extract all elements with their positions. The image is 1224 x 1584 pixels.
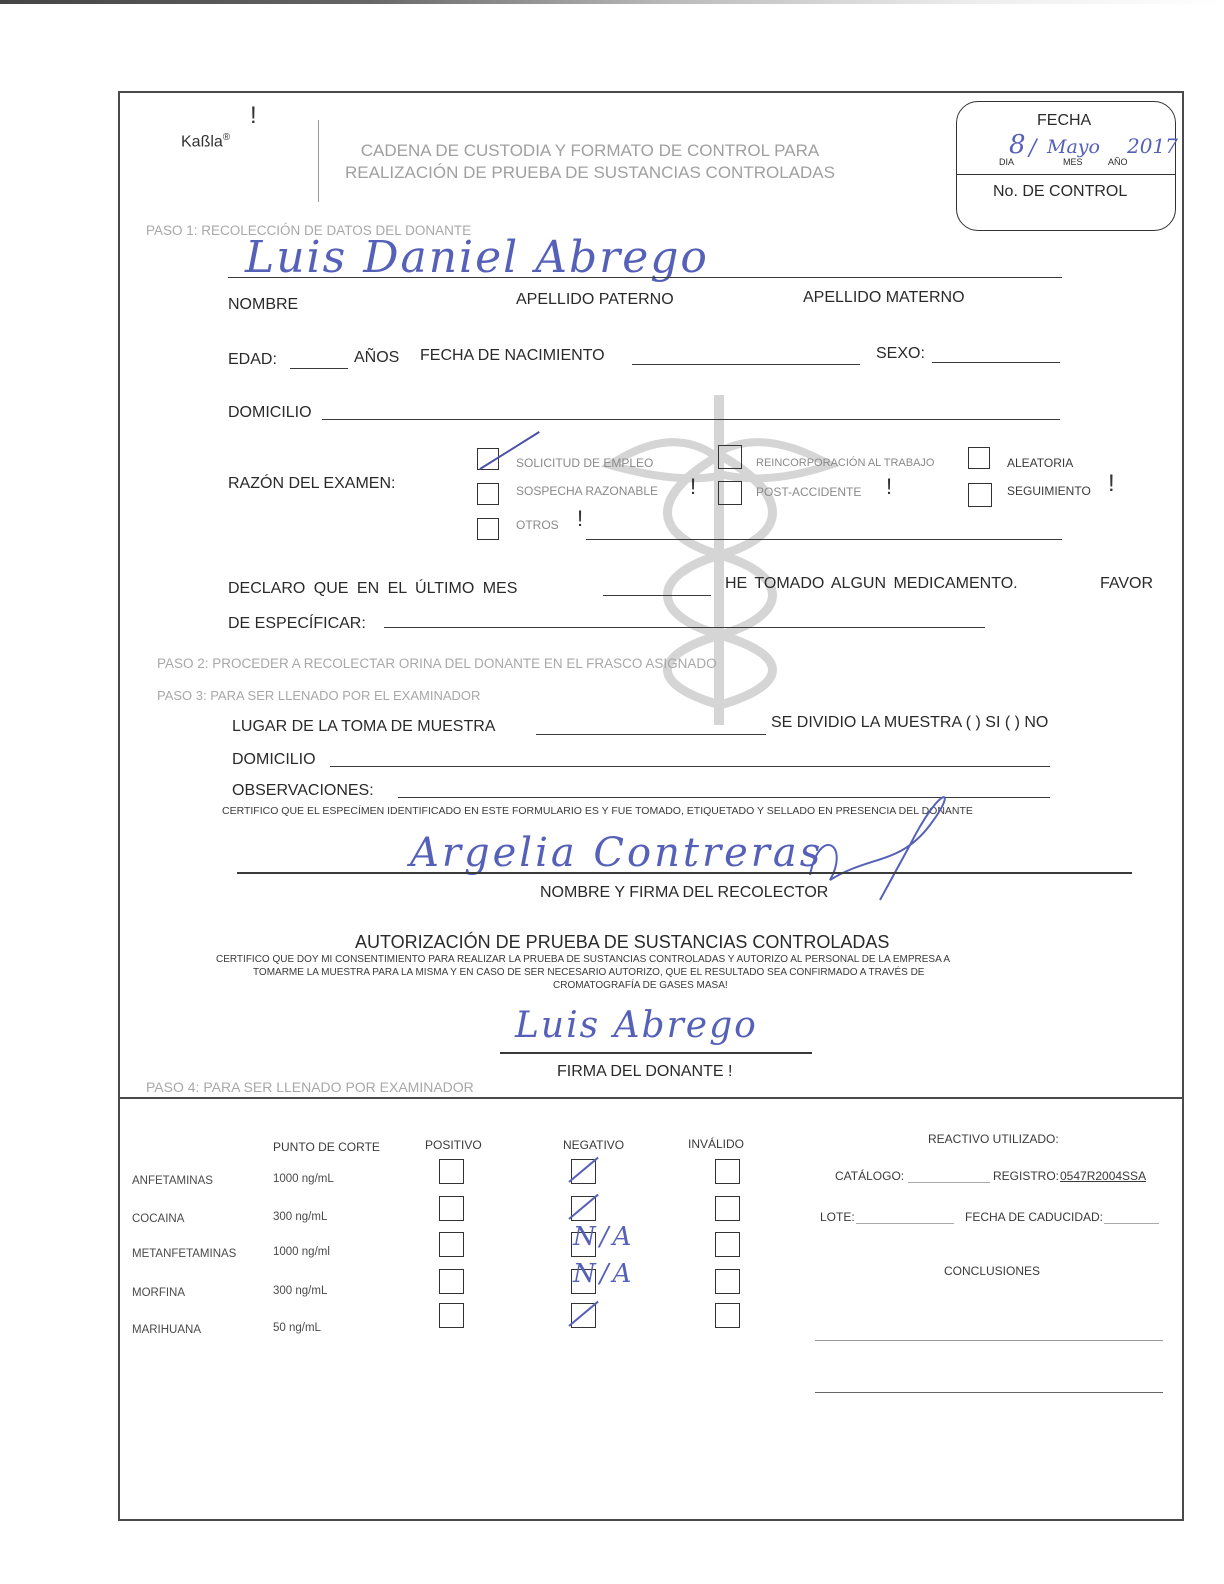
specify-field[interactable] (384, 627, 985, 628)
handwritten-note: N/A (573, 1222, 635, 1252)
years-label: AÑOS (354, 349, 399, 367)
address-field[interactable] (322, 419, 1060, 420)
registry-value: 0547R2004SSA (1060, 1169, 1146, 1183)
reason-label-other: OTROS (516, 518, 559, 532)
cutoff-value: 1000 ng/ml (273, 1246, 330, 1258)
sample-split-label[interactable]: SE DIVIDIO LA MUESTRA ( ) SI ( ) NO (771, 714, 1048, 732)
sample-place-label: LUGAR DE LA TOMA DE MUESTRA (232, 718, 495, 736)
reason-label-reasonable-suspicion: SOSPECHA RAZONABLE (516, 484, 658, 498)
alert-mark: ! (577, 506, 583, 532)
substance-name: MORFINA (132, 1287, 185, 1299)
result-checkbox-invalid[interactable] (715, 1303, 740, 1328)
control-number-label: No. DE CONTROL (993, 183, 1127, 201)
step3-title: PASO 3: PARA SER LLENADO POR EL EXAMINAD… (157, 688, 480, 703)
reason-checkbox-other[interactable] (477, 518, 499, 540)
alert-mark: ! (1108, 470, 1115, 498)
collector-signature-line (237, 872, 1132, 874)
conclusions-line-2[interactable] (815, 1392, 1163, 1393)
column-header-positive: POSITIVO (425, 1138, 482, 1152)
result-checkbox-positive[interactable] (439, 1303, 464, 1328)
expiry-label: FECHA DE CADUCIDAD: (965, 1210, 1103, 1224)
declaration-blank-field[interactable] (603, 595, 711, 596)
month-label: MES (1063, 157, 1083, 167)
reason-label-random: ALEATORIA (1007, 456, 1073, 470)
birthdate-field[interactable] (632, 364, 860, 365)
expiry-field[interactable] (1104, 1223, 1159, 1224)
registry-label: REGISTRO: (993, 1169, 1059, 1183)
donor-signature-line (500, 1052, 812, 1054)
result-checkbox-positive[interactable] (439, 1196, 464, 1221)
donor-signature-label: FIRMA DEL DONANTE ! (557, 1063, 732, 1081)
form-title: CADENA DE CUSTODIA Y FORMATO DE CONTROL … (345, 140, 835, 184)
reason-checkbox-random[interactable] (968, 447, 990, 469)
step2-title: PASO 2: PROCEDER A RECOLECTAR ORINA DEL … (157, 656, 717, 671)
substance-name: MARIHUANA (132, 1324, 201, 1336)
result-checkbox-invalid[interactable] (715, 1159, 740, 1184)
donor-signature[interactable]: Luis Abrego (515, 1005, 758, 1046)
alert-mark: ! (886, 474, 892, 500)
scan-top-edge (0, 0, 1224, 4)
substance-name: ANFETAMINAS (132, 1175, 213, 1187)
cutoff-value: 50 ng/mL (273, 1322, 321, 1334)
handwritten-note: N/A (573, 1259, 635, 1289)
catalog-label: CATÁLOGO: (835, 1169, 904, 1183)
observations-label: OBSERVACIONES: (232, 782, 374, 800)
result-checkbox-positive[interactable] (439, 1232, 464, 1257)
lot-label: LOTE: (820, 1210, 855, 1224)
date-day-value[interactable]: 8 (1009, 130, 1026, 160)
section-divider (118, 1097, 1184, 1099)
declaration-medication-text: HE TOMADO ALGUN MEDICAMENTO. (725, 575, 1018, 593)
other-reason-field[interactable] (586, 539, 1062, 540)
collector-label: NOMBRE Y FIRMA DEL RECOLECTOR (540, 884, 828, 902)
catalog-field[interactable] (908, 1182, 990, 1183)
year-label: AÑO (1108, 157, 1128, 167)
reason-checkbox-follow-up[interactable] (968, 483, 992, 507)
reason-checkbox-reasonable-suspicion[interactable] (477, 483, 499, 505)
step3-address-field[interactable] (330, 766, 1050, 767)
maternal-surname-label: APELLIDO MATERNO (803, 289, 965, 307)
reagent-title: REACTIVO UTILIZADO: (928, 1132, 1059, 1146)
column-header-negative: NEGATIVO (563, 1138, 624, 1152)
conclusions-line-1[interactable] (815, 1340, 1163, 1341)
age-label: EDAD: (228, 351, 277, 369)
column-header-invalid: INVÁLIDO (688, 1137, 744, 1151)
conclusions-label: CONCLUSIONES (944, 1264, 1040, 1278)
cutoff-value: 300 ng/mL (273, 1211, 327, 1223)
date-label: FECHA (1037, 112, 1091, 130)
brand-logo: Kaßla® (181, 132, 230, 151)
alert-mark: ! (690, 474, 696, 500)
cutoff-value: 300 ng/mL (273, 1285, 327, 1297)
column-header-cutoff: PUNTO DE CORTE (273, 1140, 380, 1154)
authorization-text-line2: TOMARME LA MUESTRA PARA LA MISMA Y EN CA… (253, 967, 924, 978)
name-label: NOMBRE (228, 296, 298, 314)
date-year-value[interactable]: 2017 (1127, 134, 1178, 158)
substance-name: COCAINA (132, 1213, 184, 1225)
brand-alert-mark: ! (250, 102, 257, 130)
lot-field[interactable] (856, 1223, 954, 1224)
day-label: DIA (999, 157, 1014, 167)
specify-label: DE ESPECÍFICAR: (228, 615, 366, 633)
collector-signature[interactable]: Argelia Contreras (410, 830, 823, 876)
address-label: DOMICILIO (228, 404, 312, 422)
header-separator (318, 120, 319, 202)
paternal-surname-label: APELLIDO PATERNO (516, 291, 674, 309)
step3-address-label: DOMICILIO (232, 751, 316, 769)
authorization-text-line1: CERTIFICO QUE DOY MI CONSENTIMIENTO PARA… (216, 954, 950, 965)
sex-label: SEXO: (876, 345, 925, 363)
reason-checkbox-reinstatement[interactable] (718, 445, 742, 469)
result-checkbox-positive[interactable] (439, 1159, 464, 1184)
date-slash: / (1029, 136, 1036, 161)
reason-label-reinstatement: REINCORPORACIÓN AL TRABAJO (756, 457, 934, 469)
sample-place-field[interactable] (536, 734, 766, 735)
authorization-title: AUTORIZACIÓN DE PRUEBA DE SUSTANCIAS CON… (355, 932, 889, 953)
reason-label-post-accident: POST-ACCIDENTE (756, 485, 861, 499)
exam-reason-label: RAZÓN DEL EXAMEN: (228, 475, 395, 493)
result-checkbox-positive[interactable] (439, 1269, 464, 1294)
date-control-box: FECHA 8 / Mayo 2017 DIA MES AÑO No. DE C… (956, 101, 1176, 231)
birthdate-label: FECHA DE NACIMIENTO (420, 347, 605, 365)
date-box-divider (957, 174, 1175, 175)
result-checkbox-invalid[interactable] (715, 1232, 740, 1257)
authorization-text-line3: CROMATOGRAFÍA DE GASES MASA! (553, 980, 728, 991)
reason-label-follow-up: SEGUIMIENTO (1007, 484, 1091, 498)
donor-name-handwritten[interactable]: Luis Daniel Abrego (245, 232, 709, 283)
declaration-text: DECLARO QUE EN EL ÚLTIMO MES (228, 580, 517, 598)
sex-field[interactable] (932, 362, 1060, 363)
date-month-value[interactable]: Mayo (1047, 136, 1100, 158)
reason-label-employment: SOLICITUD DE EMPLEO (516, 456, 653, 470)
result-checkbox-invalid[interactable] (715, 1196, 740, 1221)
cutoff-value: 1000 ng/mL (273, 1173, 334, 1185)
step4-title: PASO 4: PARA SER LLENADO POR EXAMINADOR (146, 1079, 474, 1095)
declaration-favor-text: FAVOR (1100, 575, 1153, 593)
reason-checkbox-post-accident[interactable] (718, 481, 742, 505)
substance-name: METANFETAMINAS (132, 1248, 236, 1260)
age-field[interactable] (290, 368, 348, 369)
result-checkbox-invalid[interactable] (715, 1269, 740, 1294)
name-line (228, 277, 1062, 278)
